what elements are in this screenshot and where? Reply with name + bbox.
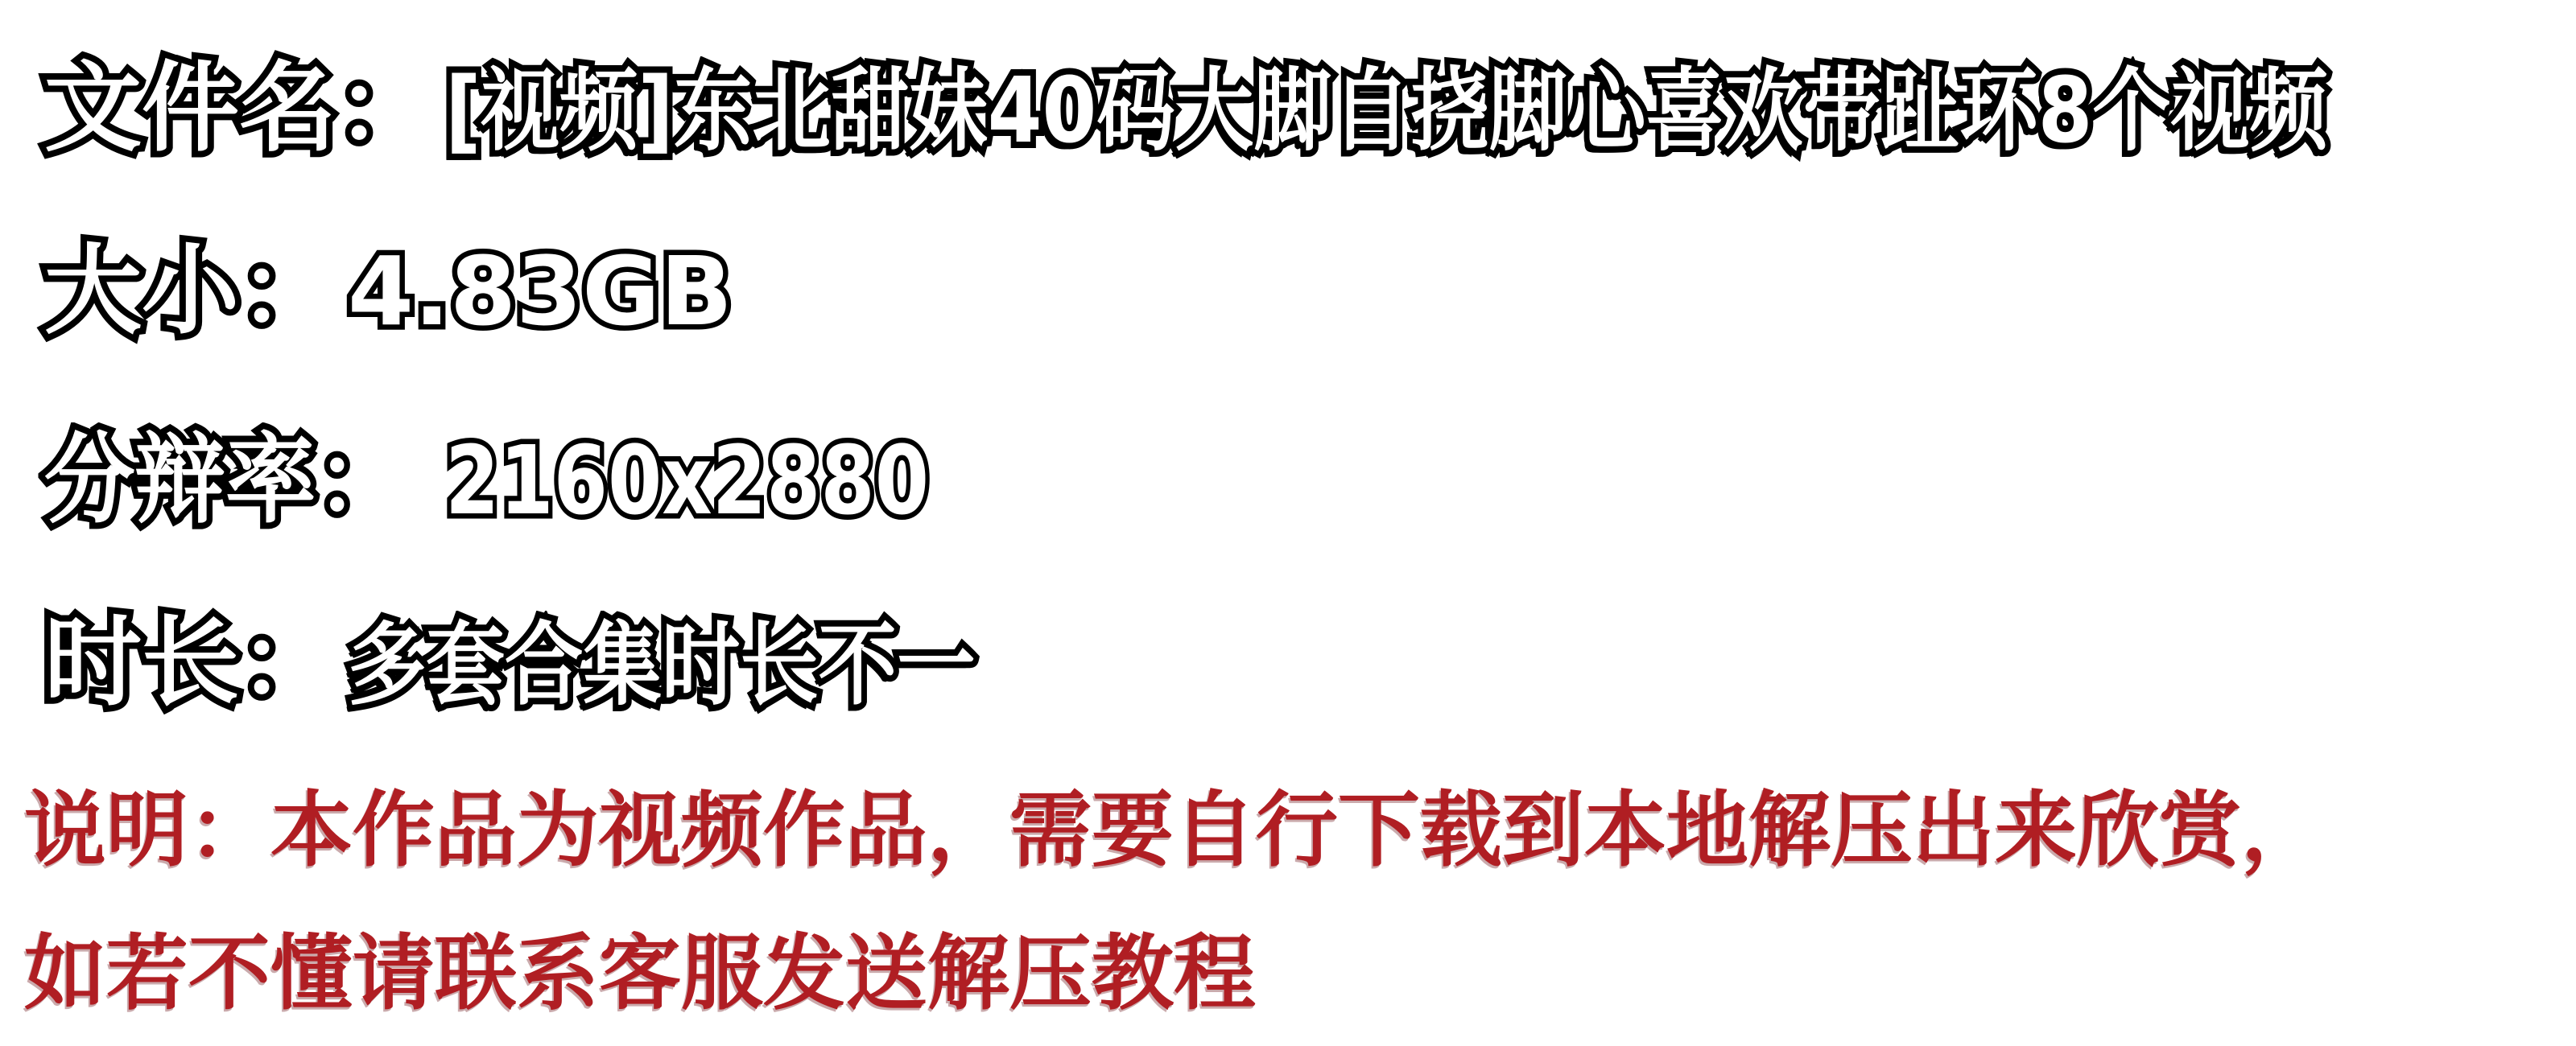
duration-label: 时长： (44, 604, 336, 721)
field-row-filename: 文件名：[视频]东北甜妹40码大脚自挠脚心喜欢带趾环8个视频 (44, 50, 2576, 167)
field-row-duration: 时长：多套合集时长不一 (44, 604, 1069, 721)
file-info-card: 文件名：[视频]东北甜妹40码大脚自挠脚心喜欢带趾环8个视频 大小：4.83GB… (0, 0, 2576, 1046)
resolution-label: 分辩率： (44, 422, 407, 538)
duration-value: 多套合集时长不一 (348, 612, 976, 719)
filename-label: 文件名： (44, 50, 434, 167)
field-row-resolution: 分辩率：2160x2880 (44, 422, 1035, 538)
size-label: 大小： (44, 233, 336, 349)
field-row-size: 大小：4.83GB (44, 233, 733, 349)
notice-line-1: 说明：本作品为视频作品，需要自行下载到本地解压出来欣赏， (24, 782, 2323, 880)
size-value: 4.83GB (348, 235, 733, 349)
notice-line-2: 如若不懂请联系客服发送解压教程 (24, 925, 1256, 1023)
filename-value: [视频]东北甜妹40码大脚自挠脚心喜欢带趾环8个视频 (445, 57, 2328, 165)
resolution-value: 2160x2880 (445, 424, 929, 538)
